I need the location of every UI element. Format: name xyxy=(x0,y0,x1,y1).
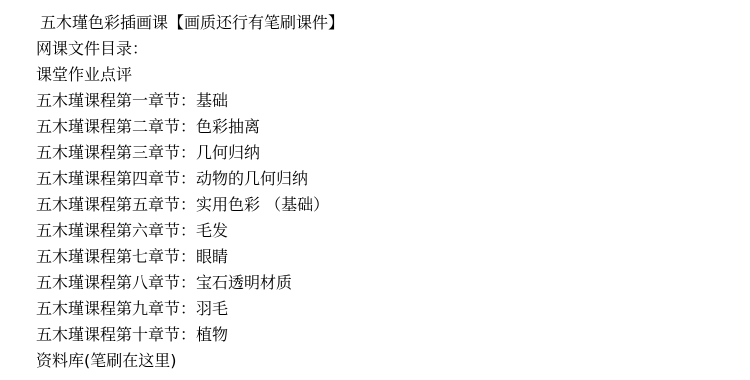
list-item-chapter-7: 五木瑾课程第七章节：眼睛 xyxy=(36,244,344,270)
list-item-homework-review: 课堂作业点评 xyxy=(36,62,344,88)
list-item-chapter-5: 五木瑾课程第五章节：实用色彩 （基础） xyxy=(36,192,344,218)
document-title: 五木瑾色彩插画课【画质还行有笔刷课件】 xyxy=(36,10,344,36)
document-body: 五木瑾色彩插画课【画质还行有笔刷课件】 网课文件目录： 课堂作业点评 五木瑾课程… xyxy=(36,10,344,374)
list-item-chapter-8: 五木瑾课程第八章节：宝石透明材质 xyxy=(36,270,344,296)
list-item-chapter-1: 五木瑾课程第一章节：基础 xyxy=(36,88,344,114)
list-item-chapter-2: 五木瑾课程第二章节：色彩抽离 xyxy=(36,114,344,140)
list-item-chapter-6: 五木瑾课程第六章节：毛发 xyxy=(36,218,344,244)
directory-label: 网课文件目录： xyxy=(36,36,344,62)
list-item-chapter-9: 五木瑾课程第九章节：羽毛 xyxy=(36,296,344,322)
list-item-resource-library: 资料库(笔刷在这里) xyxy=(36,348,344,374)
list-item-chapter-4: 五木瑾课程第四章节：动物的几何归纳 xyxy=(36,166,344,192)
list-item-chapter-10: 五木瑾课程第十章节：植物 xyxy=(36,322,344,348)
list-item-chapter-3: 五木瑾课程第三章节：几何归纳 xyxy=(36,140,344,166)
